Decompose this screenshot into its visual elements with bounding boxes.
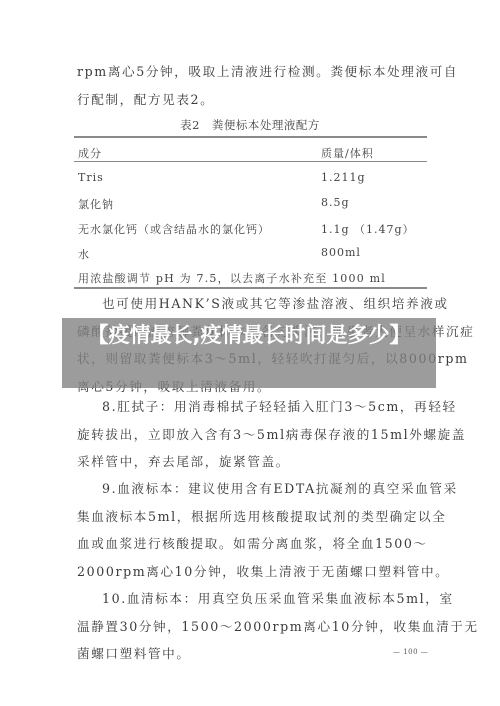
table-note: 用浓盐酸调节 pH 为 7.5，以去离子水补充至 1000 ml — [78, 270, 386, 286]
page-number: — 100 — — [393, 648, 428, 656]
table-cell-amount: 1.1g （1.47g） — [321, 221, 415, 237]
text-line: 血或血浆进行核酸提取。如需分离血浆，将全血1500～ — [77, 530, 427, 558]
table-cell-component: 无水氯化钙（或含结晶水的氯化钙） — [78, 221, 270, 237]
table-cell-amount: 1.211g — [321, 171, 366, 184]
table-cell-component: 氯化钠 — [78, 196, 114, 212]
table-cell-component: Tris — [78, 171, 104, 184]
document-page: rpm离心5分钟，吸取上清液进行检测。粪便标本处理液可自 行配制，配方见表2。 … — [0, 0, 500, 706]
table-cell-amount: 8.5g — [321, 196, 350, 209]
item-9-paragraph: 9.血液标本：建议使用含有EDTA抗凝剂的真空采血管采 集血液标本5ml，根据所… — [77, 475, 427, 585]
text-line: 温静置30分钟，1500～2000rpm离心10分钟，收集血清于无 — [77, 613, 427, 641]
text-line: rpm离心5分钟，吸取上清液进行检测。粪便标本处理液可自 — [77, 58, 427, 86]
text-line: 菌螺口塑料管中。 — [77, 640, 427, 668]
text-line: 集血液标本5ml，根据所选用核酸提取试剂的类型确定以全 — [77, 503, 427, 531]
text-line: 也可使用HANK’S液或其它等渗盐溶液、组织培养液或 — [77, 290, 427, 318]
text-line: 9.血液标本：建议使用含有EDTA抗凝剂的真空采血管采 — [77, 475, 427, 503]
text-line: 行配制，配方见表2。 — [77, 86, 427, 114]
table-top-rule — [74, 136, 427, 138]
overlay-title: 【疫情最长,疫情最长时间是多少】 — [62, 322, 436, 349]
text-line: 2000rpm离心10分钟，收集上清液于无菌螺口塑料管中。 — [77, 558, 427, 586]
table-header-rule — [74, 161, 427, 162]
text-line: 8.肛拭子：用消毒棉拭子轻轻插入肛门3～5cm，再轻轻 — [77, 393, 427, 421]
intro-paragraph: rpm离心5分钟，吸取上清液进行检测。粪便标本处理液可自 行配制，配方见表2。 — [77, 58, 427, 113]
item-8-paragraph: 8.肛拭子：用消毒棉拭子轻轻插入肛门3～5cm，再轻轻 旋转拔出，立即放入含有3… — [77, 393, 427, 476]
table-header-amount: 质量/体积 — [321, 145, 374, 161]
text-line: 旋转拔出，立即放入含有3～5ml病毒保存液的15ml外螺旋盖 — [77, 421, 427, 449]
table-cell-component: 水 — [78, 246, 90, 262]
table-header-component: 成分 — [78, 145, 102, 161]
table-caption: 表2 粪便标本处理液配方 — [0, 117, 500, 133]
text-line: 10.血清标本：用真空负压采血管采集血液标本5ml，室 — [77, 585, 427, 613]
table-bottom-rule — [74, 287, 427, 289]
table-cell-amount: 800ml — [321, 246, 361, 259]
item-10-paragraph: 10.血清标本：用真空负压采血管采集血液标本5ml，室 温静置30分钟，1500… — [77, 585, 427, 668]
text-line: 采样管中，弃去尾部，旋紧管盖。 — [77, 448, 427, 476]
